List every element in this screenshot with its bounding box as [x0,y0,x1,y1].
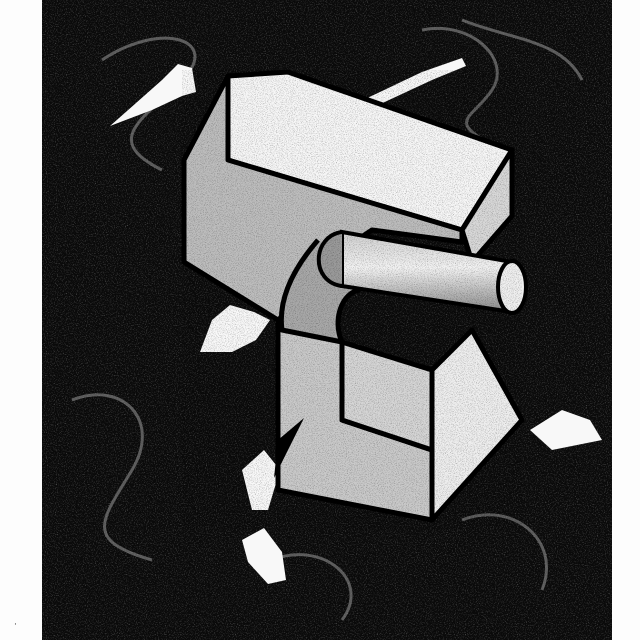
t-block-illustration [42,0,612,640]
scan-speck: · [14,620,17,630]
paper-page: · [0,0,640,640]
illustration-scan [42,0,612,640]
halftone-grain [182,70,522,530]
